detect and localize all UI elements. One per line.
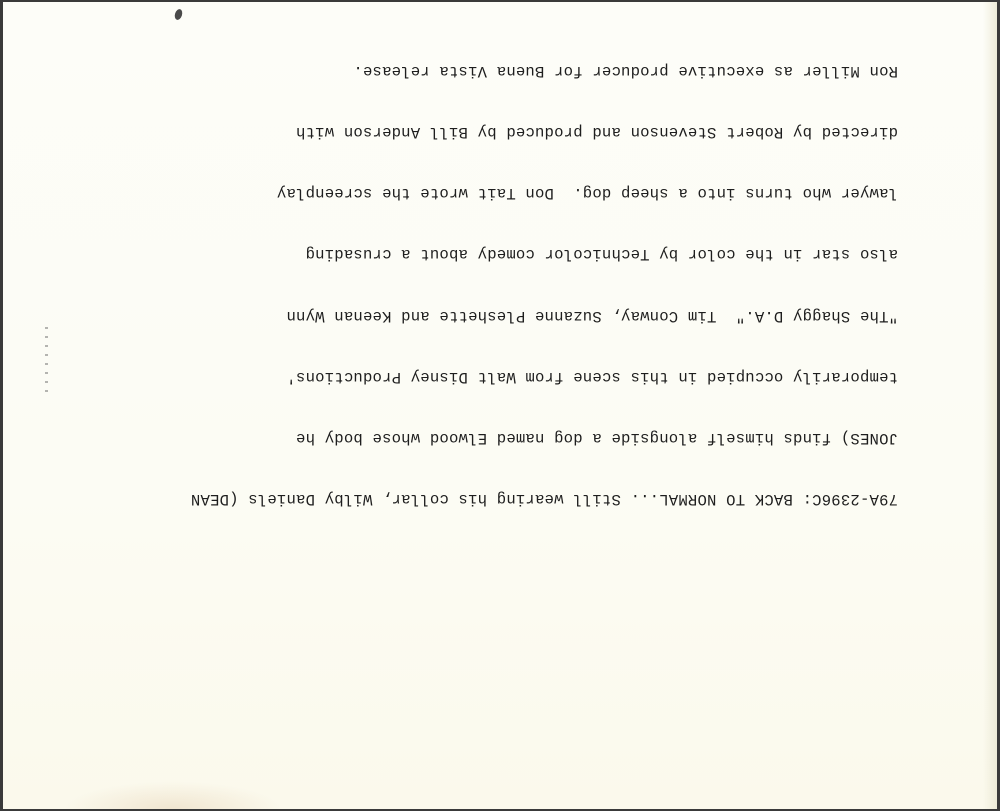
caption-line: 79A-2396C: BACK TO NORMAL... Still weari… bbox=[128, 489, 898, 509]
caption-line: directed by Robert Stevenson and produce… bbox=[128, 122, 898, 142]
ink-spot bbox=[173, 8, 183, 21]
paper-speck-marks bbox=[45, 327, 48, 397]
caption-line: also star in the color by Technicolor co… bbox=[128, 244, 898, 264]
caption-line: JONES) finds himself alongside a dog nam… bbox=[128, 428, 898, 448]
caption-line: "The Shaggy D.A." Tim Conway, Suzanne Pl… bbox=[128, 305, 898, 325]
caption-line: Ron Miller as executive producer for Bue… bbox=[128, 60, 898, 80]
caption-line: temporarily occupied in this scene from … bbox=[128, 366, 898, 386]
typewritten-caption: 79A-2396C: BACK TO NORMAL... Still weari… bbox=[128, 380, 898, 550]
caption-line: lawyer who turns into a sheep dog. Don T… bbox=[128, 183, 898, 203]
paper-stain bbox=[63, 781, 283, 809]
